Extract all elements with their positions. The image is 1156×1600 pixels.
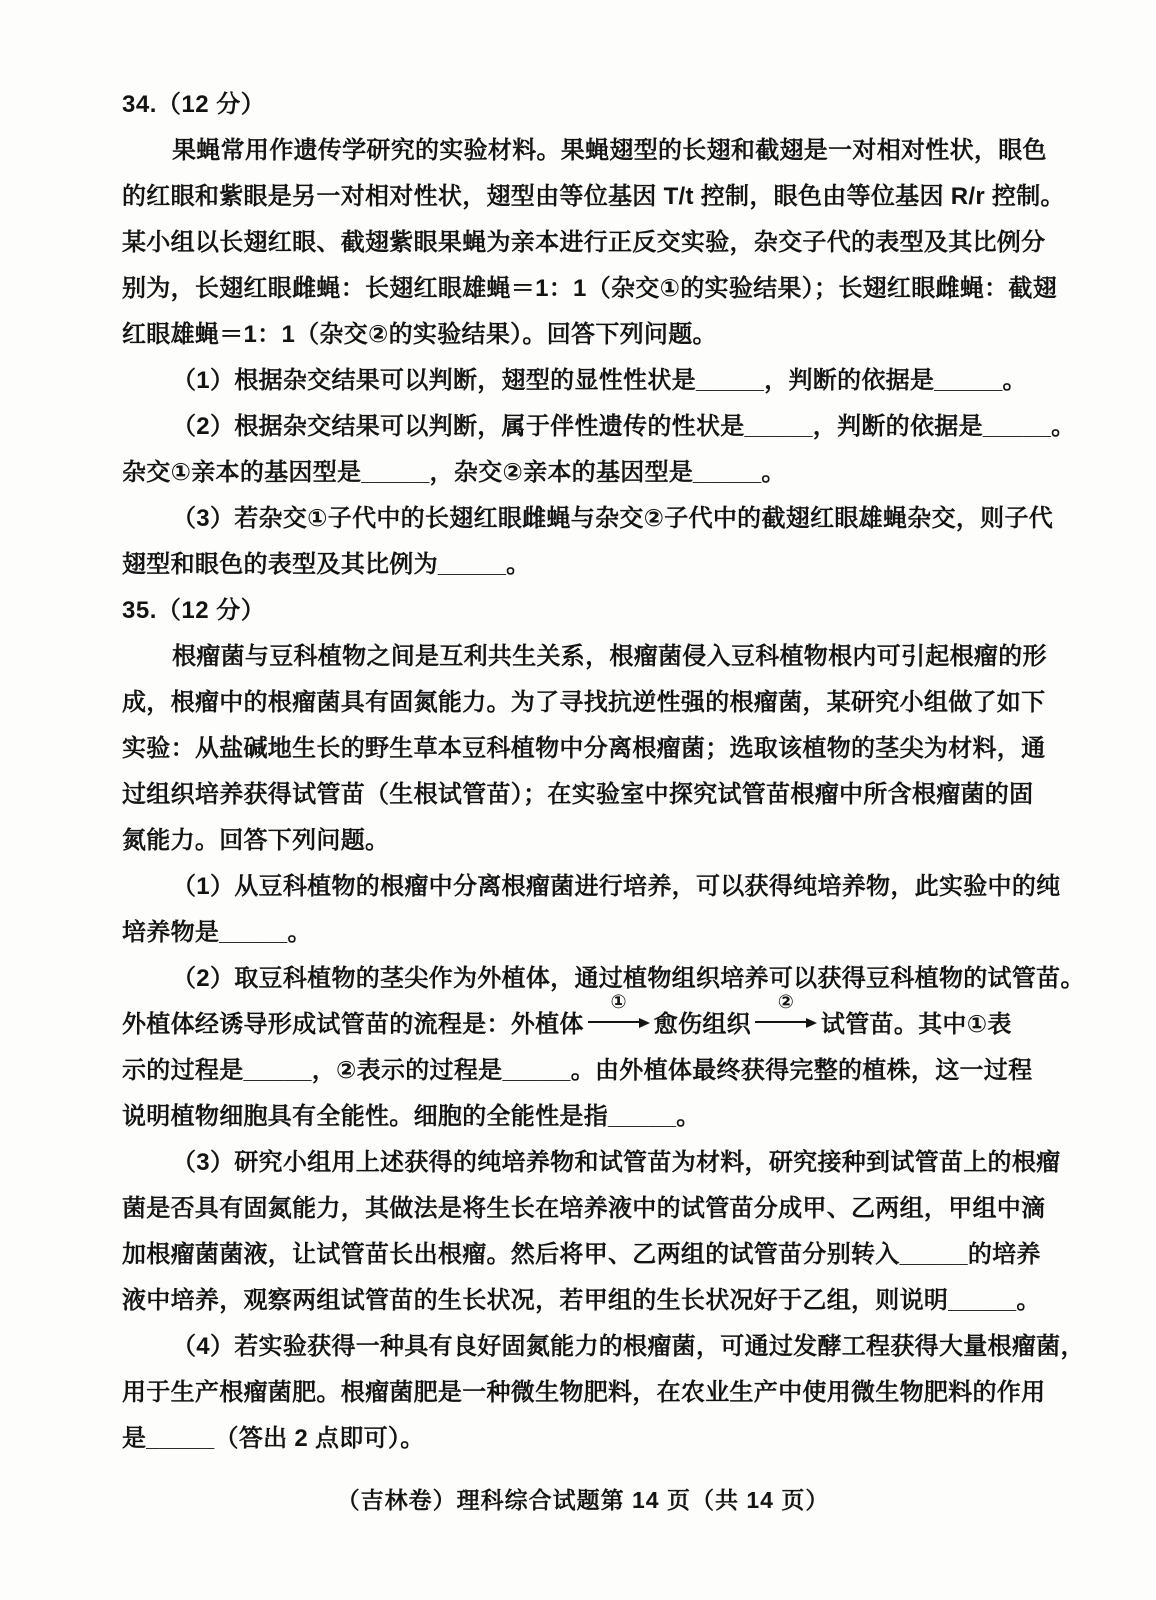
text-line: 翅型和眼色的表型及其比例为_____。 xyxy=(122,542,1044,588)
flow-diagram-line: 外植体经诱导形成试管苗的流程是：外植体①愈伤组织②试管苗。其中①表 xyxy=(122,1002,1044,1048)
text-line: 示的过程是_____，②表示的过程是_____。由外植体最终获得完整的植株，这一… xyxy=(122,1048,1044,1094)
text-line: 是_____（答出 2 点即可）。 xyxy=(122,1416,1044,1462)
arrow-shaft-icon xyxy=(588,1021,641,1023)
arrow-head-icon xyxy=(806,1018,817,1028)
text-line: 别为，长翅红眼雌蝇：长翅红眼雄蝇＝1：1（杂交①的实验结果）；长翅红眼雌蝇：截翅 xyxy=(122,266,1044,312)
circled-2-label: ② xyxy=(755,993,817,1012)
text-line: 加根瘤菌菌液，让试管苗长出根瘤。然后将甲、乙两组的试管苗分别转入_____的培养 xyxy=(122,1232,1044,1278)
question-34-part-2: （2）根据杂交结果可以判断，属于伴性遗传的性状是_____，判断的依据是____… xyxy=(122,404,1044,450)
question-35: 35.（12 分） 根瘤菌与豆科植物之间是互利共生关系，根瘤菌侵入豆科植物根内可… xyxy=(122,588,1044,1462)
text-line: 氮能力。回答下列问题。 xyxy=(122,818,1044,864)
question-34: 34.（12 分） 果蝇常用作遗传学研究的实验材料。果蝇翅型的长翅和截翅是一对相… xyxy=(122,82,1044,588)
text-line: 菌是否具有固氮能力，其做法是将生长在培养液中的试管苗分成甲、乙两组，甲组中滴 xyxy=(122,1186,1044,1232)
text-line: 说明植物细胞具有全能性。细胞的全能性是指_____。 xyxy=(122,1094,1044,1140)
flow-arrow-1: ① xyxy=(588,1008,650,1032)
question-34-number: 34.（12 分） xyxy=(122,82,1044,128)
flow-node-callus: 愈伤组织 xyxy=(654,1011,751,1038)
question-35-part-2: （2）取豆科植物的茎尖作为外植体，通过植物组织培养可以获得豆科植物的试管苗。 xyxy=(122,956,1044,1002)
text-line: 红眼雄蝇＝1：1（杂交②的实验结果）。回答下列问题。 xyxy=(122,312,1044,358)
text-line: 果蝇常用作遗传学研究的实验材料。果蝇翅型的长翅和截翅是一对相对性状，眼色 xyxy=(122,128,1044,174)
question-35-number: 35.（12 分） xyxy=(122,588,1044,634)
flow-node-plantlet: 试管苗 xyxy=(821,1011,894,1038)
question-34-part-3: （3）若杂交①子代中的长翅红眼雌蝇与杂交②子代中的截翅红眼雄蝇杂交，则子代 xyxy=(122,496,1044,542)
question-35-part-3: （3）研究小组用上述获得的纯培养物和试管苗为材料，研究接种到试管苗上的根瘤 xyxy=(122,1140,1044,1186)
arrow-head-icon xyxy=(639,1018,650,1028)
page-footer: （吉林卷）理科综合试题第 14 页（共 14 页） xyxy=(122,1478,1044,1522)
arrow-shaft-icon xyxy=(755,1021,808,1023)
text-line: 某小组以长翅红眼、截翅紫眼果蝇为亲本进行正反交实验，杂交子代的表型及其比例分 xyxy=(122,220,1044,266)
text-line: 用于生产根瘤菌肥。根瘤菌肥是一种微生物肥料，在农业生产中使用微生物肥料的作用 xyxy=(122,1370,1044,1416)
flow-suffix: 。其中①表 xyxy=(894,1011,1012,1038)
question-35-part-1: （1）从豆科植物的根瘤中分离根瘤菌进行培养，可以获得纯培养物，此实验中的纯 xyxy=(122,864,1044,910)
text-line: 培养物是_____。 xyxy=(122,910,1044,956)
text-line: 实验：从盐碱地生长的野生草本豆科植物中分离根瘤菌；选取该植物的茎尖为材料，通 xyxy=(122,726,1044,772)
flow-node-explant: 外植体 xyxy=(511,1011,584,1038)
flow-arrow-2: ② xyxy=(755,1008,817,1032)
text-line: 根瘤菌与豆科植物之间是互利共生关系，根瘤菌侵入豆科植物根内可引起根瘤的形 xyxy=(122,634,1044,680)
text-line: 成，根瘤中的根瘤菌具有固氮能力。为了寻找抗逆性强的根瘤菌，某研究小组做了如下 xyxy=(122,680,1044,726)
text-line: 液中培养，观察两组试管苗的生长状况，若甲组的生长状况好于乙组，则说明_____。 xyxy=(122,1278,1044,1324)
text-line: 过组织培养获得试管苗（生根试管苗）；在实验室中探究试管苗根瘤中所含根瘤菌的固 xyxy=(122,772,1044,818)
text-line: 杂交①亲本的基因型是_____，杂交②亲本的基因型是_____。 xyxy=(122,450,1044,496)
text-line: 的红眼和紫眼是另一对相对性状，翅型由等位基因 T/t 控制，眼色由等位基因 R/… xyxy=(122,174,1044,220)
question-34-part-1: （1）根据杂交结果可以判断，翅型的显性性状是_____，判断的依据是_____。 xyxy=(122,358,1044,404)
flow-intro: 外植体经诱导形成试管苗的流程是： xyxy=(122,1011,511,1038)
circled-1-label: ① xyxy=(588,993,650,1012)
exam-page: 34.（12 分） 果蝇常用作遗传学研究的实验材料。果蝇翅型的长翅和截翅是一对相… xyxy=(0,0,1156,1600)
question-35-part-4: （4）若实验获得一种具有良好固氮能力的根瘤菌，可通过发酵工程获得大量根瘤菌， xyxy=(122,1324,1044,1370)
